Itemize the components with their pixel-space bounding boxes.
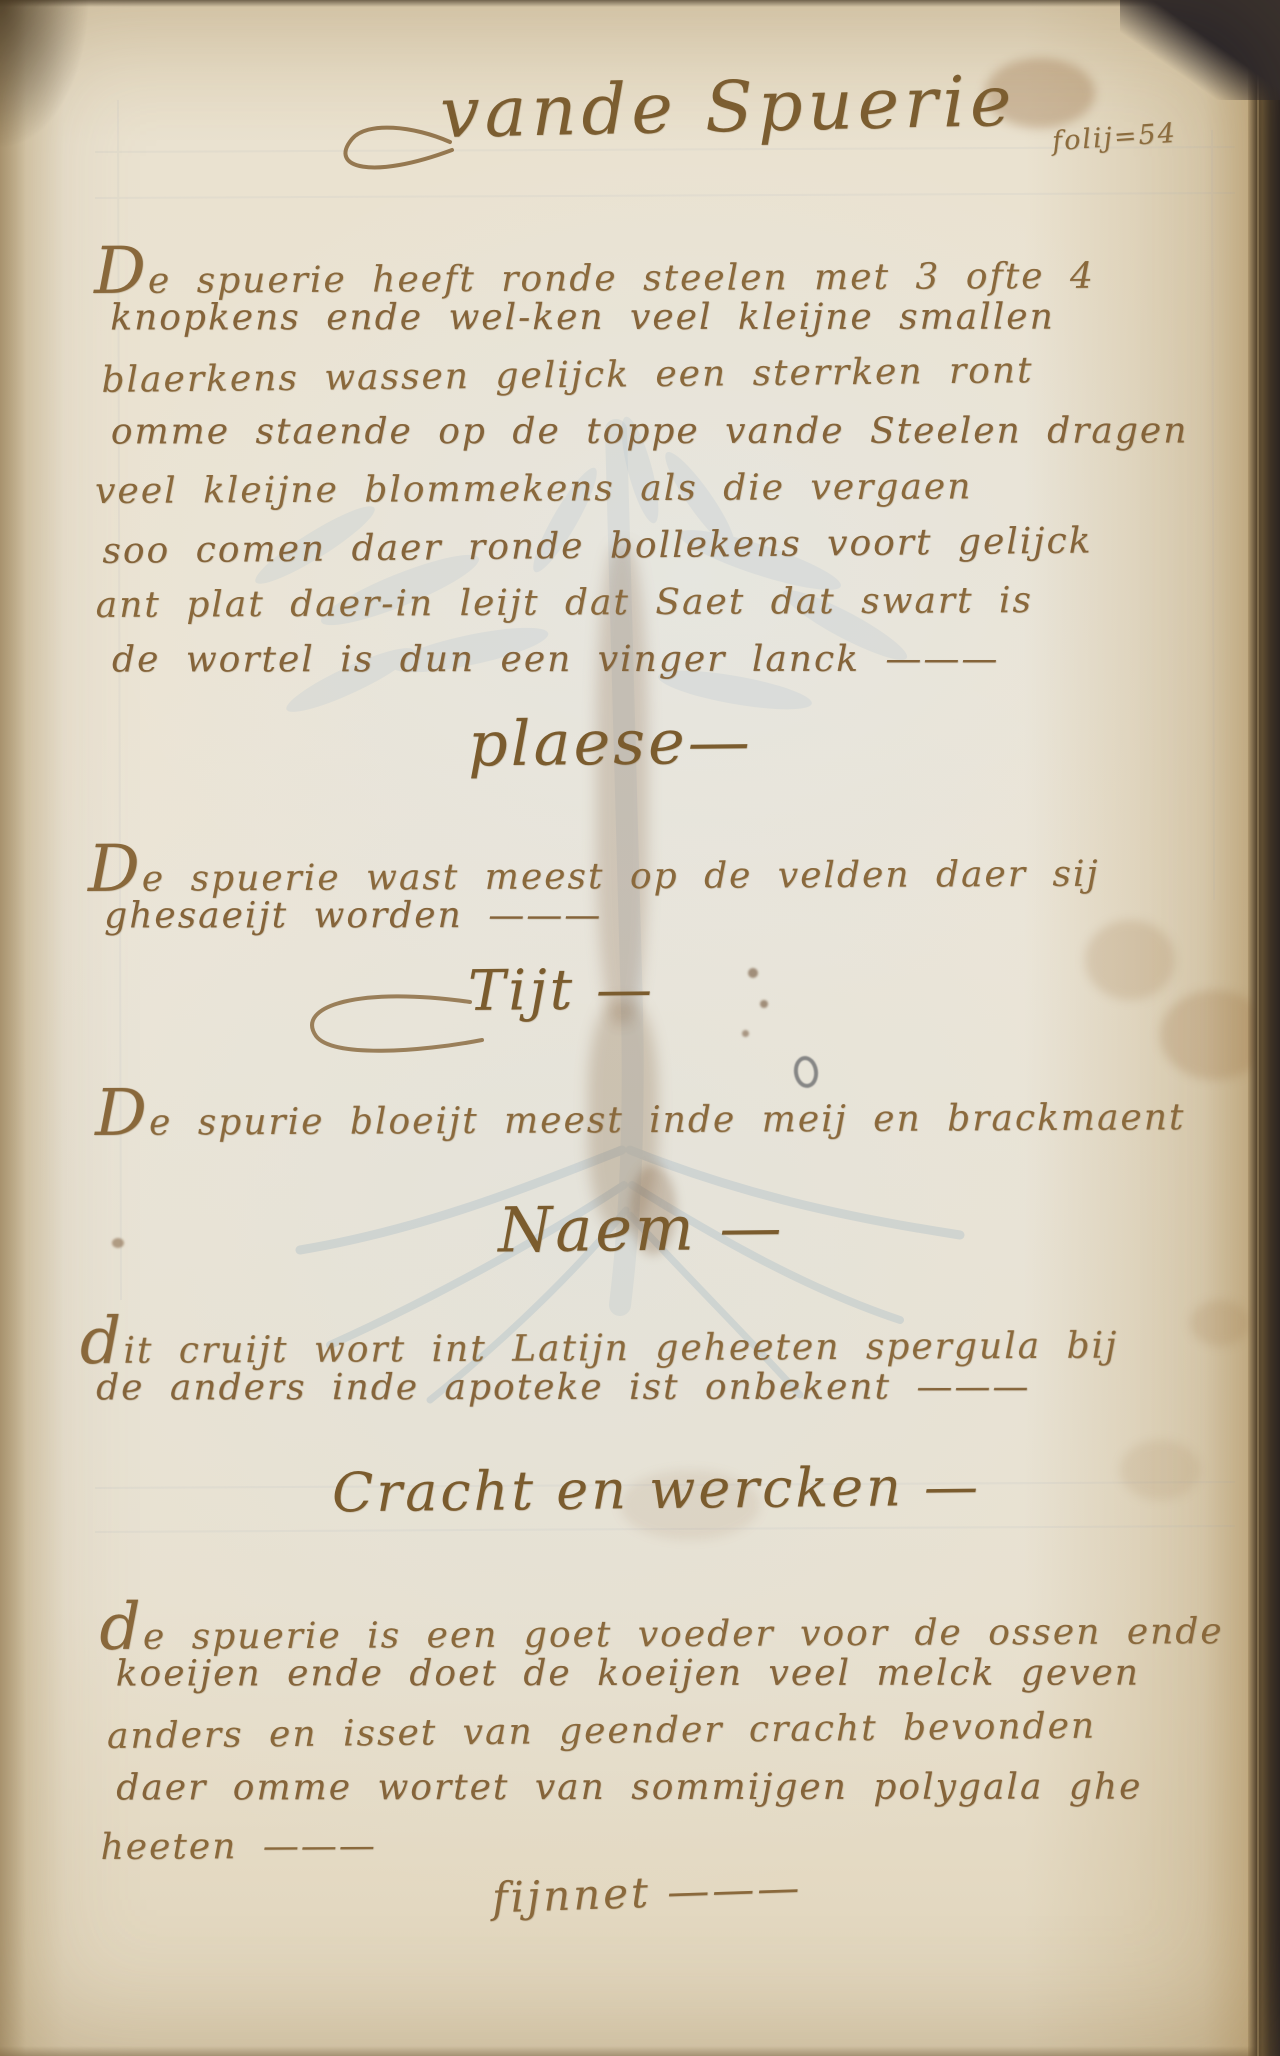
- dark-background-corner: [1120, 0, 1280, 100]
- text-line: anders en isset van geender cracht bevon…: [107, 1704, 1251, 1773]
- text-line: De spuerie wast meest op de velden daer …: [88, 835, 1228, 898]
- text-line: knopkens ende wel-ken veel kleijne small…: [110, 296, 1234, 354]
- section-tijt: De spurie bloeijt meest inde meij en bra…: [95, 1079, 1235, 1142]
- text-line: daer omme wortet van sommijgen polygala …: [116, 1766, 1250, 1824]
- page-left-edge: [0, 0, 26, 2056]
- ink-speck: [112, 1238, 124, 1248]
- ink-speck: [748, 968, 758, 978]
- title-swash: [345, 128, 452, 168]
- text-line: de wortel is dun een vinger lanck ———: [112, 638, 1236, 696]
- text-line: omme staende op de toppe vande Steelen d…: [111, 410, 1235, 468]
- text-line: soo comen daer ronde bollekens voort gel…: [102, 519, 1236, 588]
- page-bottom-edge: [0, 2046, 1280, 2056]
- ink-speck: [760, 1000, 768, 1008]
- text-line: dit cruijt wort int Latijn geheeten sper…: [80, 1307, 1230, 1370]
- text-line: de spuerie is een goet voeder voor de os…: [99, 1593, 1249, 1656]
- text-line: blaerkens wassen gelijck een sterrken ro…: [101, 348, 1235, 417]
- text-line: koeijen ende doet de koeijen veel melck …: [116, 1652, 1250, 1710]
- page-corner-shadow: [0, 0, 90, 150]
- tijt-swash: [312, 996, 482, 1050]
- text-line: ant plat daer-in leijt dat Saet dat swar…: [96, 579, 1236, 642]
- paper-stain: [1120, 1440, 1200, 1500]
- page-title: vande Spuerie: [439, 60, 1017, 154]
- text-line: veel kleijne blommekens als die vergaen: [95, 465, 1235, 528]
- section-plaese: De spuerie wast meest op de velden daer …: [88, 835, 1229, 955]
- text-line: De spuerie heeft ronde steelen met 3 oft…: [94, 237, 1234, 300]
- section-cracht: de spuerie is een goet voeder voor de os…: [99, 1593, 1250, 1884]
- heading-cracht-en-wercken: Cracht en wercken —: [332, 1455, 982, 1525]
- heading-plaese: plaese—: [468, 705, 753, 781]
- book-binding-edge: [1248, 0, 1280, 2056]
- heading-naem: Naem —: [498, 1191, 785, 1267]
- page-top-edge: [0, 0, 1160, 7]
- heading-tijt: Tijt —: [468, 957, 656, 1024]
- text-line: De spurie bloeijt meest inde meij en bra…: [95, 1079, 1235, 1142]
- text-line: de anders inde apoteke ist onbekent ———: [96, 1366, 1230, 1424]
- text-line: ghesaeijt worden ———: [104, 894, 1228, 952]
- manuscript-page: vande Spuerie folij=54 De spuerie heeft …: [0, 0, 1280, 2056]
- section-naem: dit cruijt wort int Latijn geheeten sper…: [80, 1307, 1231, 1427]
- ink-speck: [742, 1030, 749, 1037]
- section-description: De spuerie heeft ronde steelen met 3 oft…: [94, 237, 1236, 699]
